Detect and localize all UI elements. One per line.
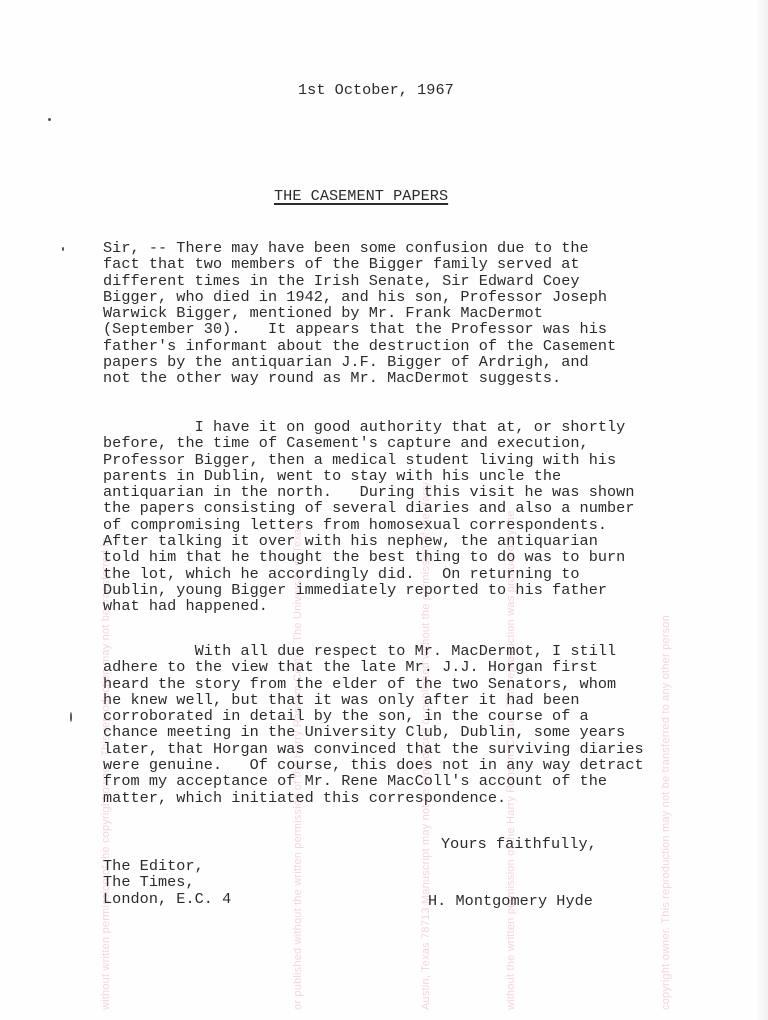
scan-speck xyxy=(62,247,64,251)
signature: H. Montgomery Hyde xyxy=(428,893,593,909)
paragraph-3: With all due respect to Mr. MacDermot, I… xyxy=(103,643,743,806)
letter-date: 1st October, 1967 xyxy=(298,82,454,98)
recipient-address: The Editor, The Times, London, E.C. 4 xyxy=(103,858,231,907)
scan-edge xyxy=(758,0,768,1020)
document-page: without written permission of the copyri… xyxy=(0,0,768,1020)
paragraph-1: Sir, -- There may have been some confusi… xyxy=(103,240,743,387)
closing: Yours faithfully, xyxy=(441,836,597,852)
scan-speck xyxy=(48,118,51,121)
scan-speck xyxy=(70,712,72,722)
paragraph-2: I have it on good authority that at, or … xyxy=(103,419,743,615)
letter-title: THE CASEMENT PAPERS xyxy=(274,188,448,204)
